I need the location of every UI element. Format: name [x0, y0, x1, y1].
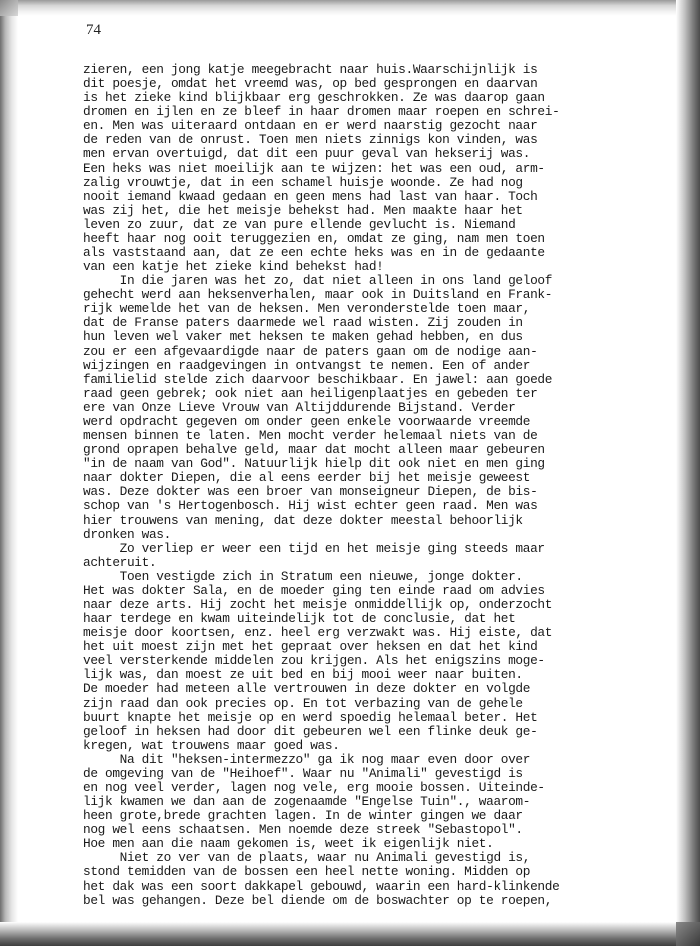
text-line: de reden van de onrust. Toen men niets z…: [83, 133, 683, 147]
text-line: zalig vrouwtje, dat in een schamel huisj…: [83, 176, 683, 190]
text-line: gehecht werd aan heksenverhalen, maar oo…: [83, 288, 683, 302]
text-line: als vaststaand aan, dat ze een echte hek…: [83, 246, 683, 260]
text-line: rijk wemelde het van de heksen. Men vero…: [83, 302, 683, 316]
text-line: de omgeving van de "Heihoef". Waar nu "A…: [83, 767, 683, 781]
text-line: van een katje het zieke kind behekst had…: [83, 260, 683, 274]
text-line: stond temidden van de bossen een heel ne…: [83, 865, 683, 879]
text-line: dit poesje, omdat het vreemd was, op bed…: [83, 77, 683, 91]
text-line: dromen en ijlen en ze bleef in haar drom…: [83, 105, 683, 119]
text-line: zijn raad dan ook precies op. En tot ver…: [83, 697, 683, 711]
text-line: haar terdege en kwam uiteindelijk tot de…: [83, 612, 683, 626]
frame-border-left: [0, 0, 18, 946]
text-line: en nog veel verder, lagen nog vele, erg …: [83, 781, 683, 795]
scanned-page: 74 zieren, een jong katje meegebracht na…: [0, 0, 700, 946]
text-line: buurt knapte het meisje op en werd spoed…: [83, 711, 683, 725]
text-line: raad geen gebrek; ook niet aan heiligenp…: [83, 387, 683, 401]
text-line: Hoe men aan die naam gekomen is, weet ik…: [83, 837, 683, 851]
text-line: was zij het, die het meisje behekst had.…: [83, 204, 683, 218]
text-line: Na dit "heksen-intermezzo" ga ik nog maa…: [83, 753, 683, 767]
text-line: Zo verliep er weer een tijd en het meisj…: [83, 542, 683, 556]
text-line: was. Deze dokter was een broer van monse…: [83, 485, 683, 499]
text-line: meisje door koortsen, enz. heel erg verz…: [83, 626, 683, 640]
text-line: wijzingen en raadgevingen in ontvangst t…: [83, 359, 683, 373]
text-line: zou er een afgevaardigde naar de paters …: [83, 345, 683, 359]
text-line: nog wel eens schaatsen. Men noemde deze …: [83, 823, 683, 837]
text-line: Een heks was niet moeilijk aan te wijzen…: [83, 162, 683, 176]
text-line: heeft haar nog ooit teruggezien en, omda…: [83, 232, 683, 246]
typewritten-body-text: zieren, een jong katje meegebracht naar …: [83, 63, 683, 908]
text-line: naar deze arts. Hij zocht het meisje onm…: [83, 598, 683, 612]
frame-border-top: [0, 0, 700, 16]
text-line: grond oprapen behalve geld, maar dat moc…: [83, 443, 683, 457]
text-line: veel versterkende middelen zou krijgen. …: [83, 654, 683, 668]
text-line: lijk was, dan moest ze uit bed en bij mo…: [83, 668, 683, 682]
text-line: geloof in heksen had door dit gebeuren w…: [83, 725, 683, 739]
text-line: dat de Franse paters daarmede wel raad w…: [83, 316, 683, 330]
text-line: dronken was.: [83, 528, 683, 542]
text-line: nooit iemand kwaad gedaan en geen mens h…: [83, 190, 683, 204]
text-line: is het zieke kind blijkbaar erg geschrok…: [83, 91, 683, 105]
text-line: In die jaren was het zo, dat niet alleen…: [83, 274, 683, 288]
text-line: ere van Onze Lieve Vrouw van Altijdduren…: [83, 401, 683, 415]
text-line: hun leven wel vaker met heksen te maken …: [83, 330, 683, 344]
text-line: Niet zo ver van de plaats, waar nu Anima…: [83, 851, 683, 865]
text-line: het uit moest zijn met het gepraat over …: [83, 640, 683, 654]
text-line: werd opdracht gegeven om onder geen enke…: [83, 415, 683, 429]
text-line: leven zo zuur, dat ze van pure ellende g…: [83, 218, 683, 232]
text-line: "in de naam van God". Natuurlijk hielp d…: [83, 457, 683, 471]
text-line: bel was gehangen. Deze bel diende om de …: [83, 894, 683, 908]
text-line: zieren, een jong katje meegebracht naar …: [83, 63, 683, 77]
text-line: hier trouwens van mening, dat deze dokte…: [83, 514, 683, 528]
text-line: achteruit.: [83, 556, 683, 570]
text-line: naar dokter Diepen, die al eens eerder b…: [83, 471, 683, 485]
text-line: men ervan overtuigd, dat dit een puur ge…: [83, 147, 683, 161]
frame-corner-bottom-right: [676, 922, 700, 946]
text-line: Het was dokter Sala, en de moeder ging t…: [83, 584, 683, 598]
text-line: kregen, wat trouwens maar goed was.: [83, 739, 683, 753]
text-line: mensen binnen te laten. Men mocht verder…: [83, 429, 683, 443]
page-number: 74: [86, 22, 101, 39]
text-line: lijk kwamen we dan aan de zogenaamde "En…: [83, 795, 683, 809]
text-line: heen grote,brede grachten lagen. In de w…: [83, 809, 683, 823]
text-line: en. Men was uiteraard ontdaan en er werd…: [83, 119, 683, 133]
frame-border-bottom: [0, 922, 700, 946]
text-line: familielid stelde zich daarvoor beschikb…: [83, 373, 683, 387]
text-line: het dak was een soort dakkapel gebouwd, …: [83, 880, 683, 894]
text-line: schop van 's Hertogenbosch. Hij wist ech…: [83, 499, 683, 513]
frame-corner-top-left: [0, 0, 18, 16]
text-line: Toen vestigde zich in Stratum een nieuwe…: [83, 570, 683, 584]
text-line: De moeder had meteen alle vertrouwen in …: [83, 682, 683, 696]
